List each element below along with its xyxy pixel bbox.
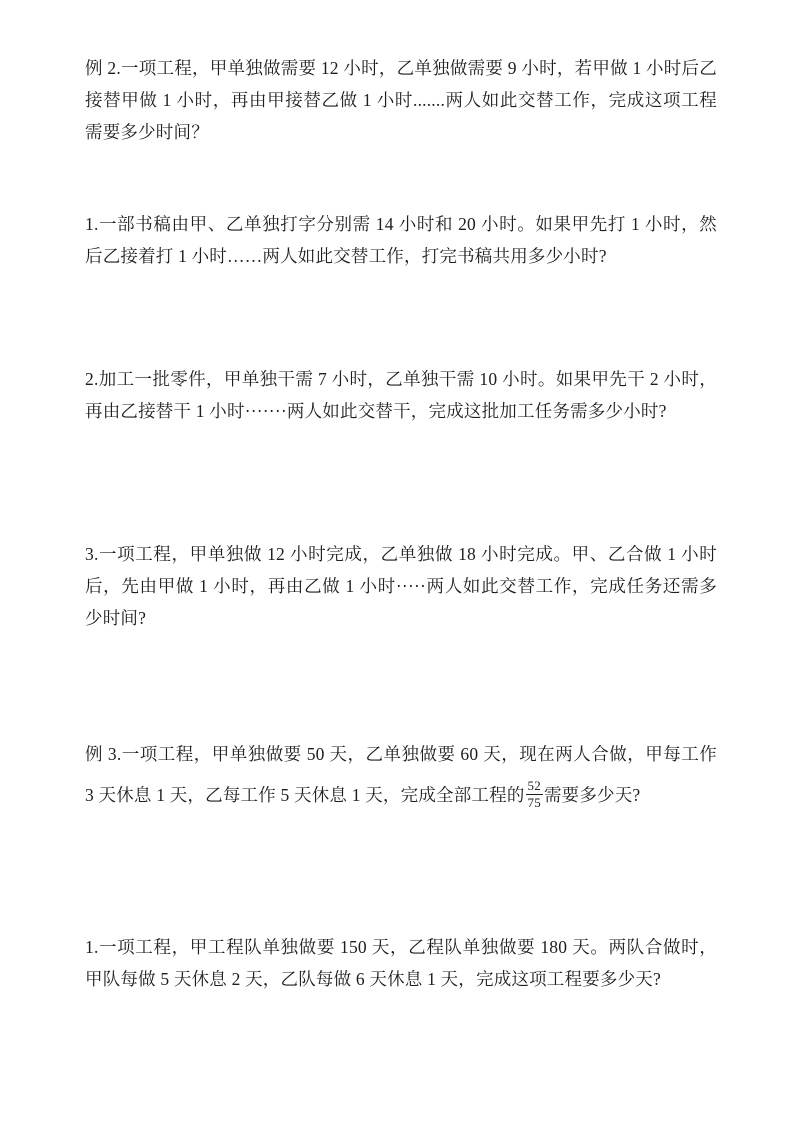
problem-1: 1.一部书稿由甲、乙单独打字分别需 14 小时和 20 小时。如果甲先打 1 小… <box>85 208 717 272</box>
fraction-52-75: 5275 <box>526 779 543 811</box>
fraction-denominator: 75 <box>526 795 543 810</box>
problem-example-2: 例 2.一项工程，甲单独做需要 12 小时，乙单独做需要 9 小时，若甲做 1 … <box>85 52 717 148</box>
problem-2: 2.加工一批零件，甲单独干需 7 小时，乙单独干需 10 小时。如果甲先干 2 … <box>85 363 717 427</box>
problem-example-3: 例 3.一项工程，甲单独做要 50 天，乙单独做要 60 天，现在两人合做，甲每… <box>85 734 717 816</box>
problem-3: 3.一项工程，甲单独做 12 小时完成，乙单独做 18 小时完成。甲、乙合做 1… <box>85 538 717 634</box>
document-page: 例 2.一项工程，甲单独做需要 12 小时，乙单独做需要 9 小时，若甲做 1 … <box>0 0 793 1122</box>
example-3-text-after: 需要多少天? <box>544 785 640 805</box>
problem-1b: 1.一项工程，甲工程队单独做要 150 天，乙程队单独做要 180 天。两队合做… <box>85 931 717 995</box>
fraction-numerator: 52 <box>526 779 543 795</box>
